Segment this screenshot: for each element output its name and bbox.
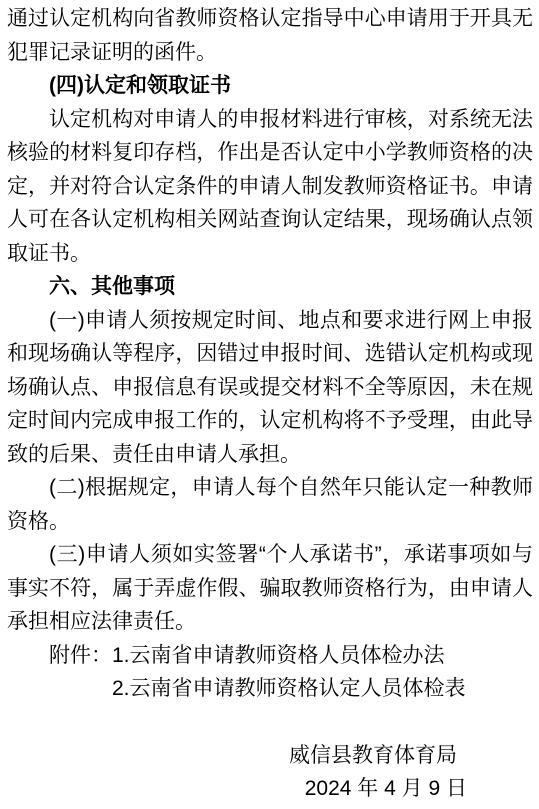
signature-block: 威信县教育体育局 2024 年 4 月 9 日	[7, 739, 533, 806]
paragraph-continuation: 通过认定机构向省教师资格认定指导中心申请用于开具无犯罪记录证明的函件。	[7, 2, 533, 69]
attachment-line-2: 2.云南省申请教师资格认定人员体检表	[7, 672, 533, 706]
paragraph-certification-review: 认定机构对申请人的申报材料进行审核，对系统无法核验的材料复印存档，作出是否认定中…	[7, 103, 533, 271]
attachment-line-1: 附件：1.云南省申请教师资格人员体检办法	[7, 639, 533, 673]
paragraph-other-matters-2: (二)根据规定，申请人每个自然年只能认定一种教师资格。	[7, 471, 533, 538]
attachment-item-2: 2.云南省申请教师资格认定人员体检表	[112, 677, 466, 700]
signature-issuer: 威信县教育体育局	[7, 739, 533, 773]
paragraph-other-matters-3: (三)申请人须如实签署“个人承诺书”，承诺事项如与事实不符，属于弄虚作假、骗取教…	[7, 538, 533, 639]
section-heading-other-matters: 六、其他事项	[7, 270, 533, 304]
signature-date: 2024 年 4 月 9 日	[7, 772, 533, 806]
section-heading-certificate: (四)认定和领取证书	[7, 69, 533, 103]
attachments-label: 附件：	[49, 644, 112, 667]
document-page: 通过认定机构向省教师资格认定指导中心申请用于开具无犯罪记录证明的函件。 (四)认…	[0, 0, 539, 809]
paragraph-other-matters-1: (一)申请人须按规定时间、地点和要求进行网上申报和现场确认等程序，因错过申报时间…	[7, 304, 533, 472]
attachment-item-1: 1.云南省申请教师资格人员体检办法	[112, 644, 445, 667]
